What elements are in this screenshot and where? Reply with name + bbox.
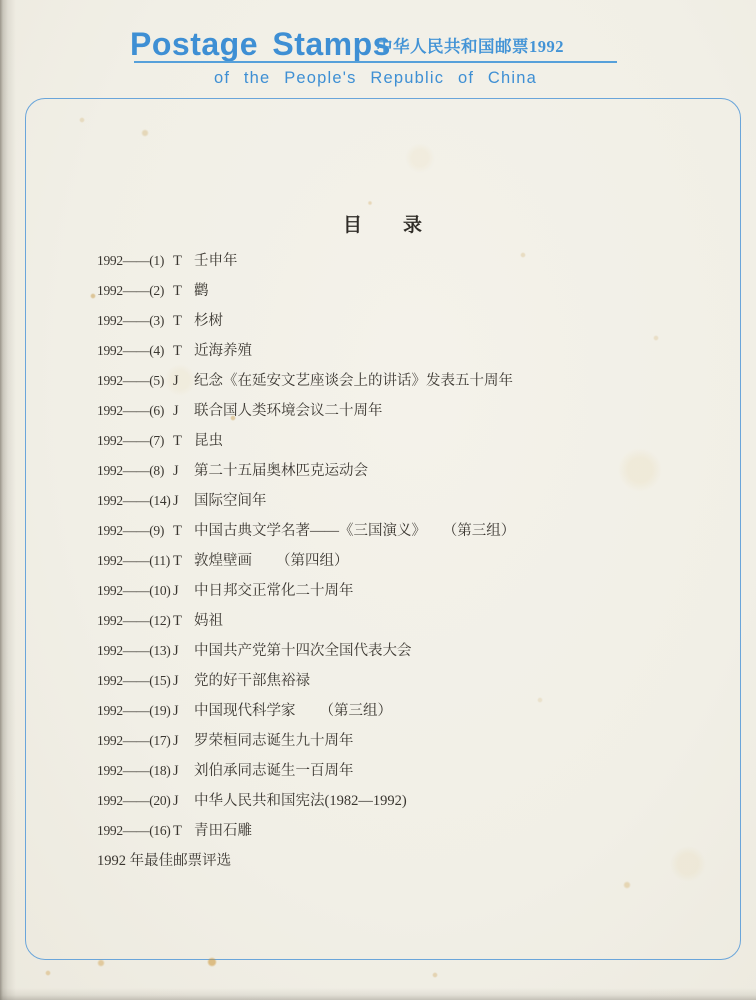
entry-code: 1992——(2) bbox=[97, 276, 173, 306]
entry-type-letter: T bbox=[173, 516, 194, 546]
entry-title-group: 联合国人类环境会议二十周年 bbox=[194, 396, 697, 426]
entry-title-group: 中国共产党第十四次全国代表大会 bbox=[194, 636, 697, 666]
entry-code: 1992——(6) bbox=[97, 396, 173, 426]
entry-title-group: 第二十五届奥林匹克运动会 bbox=[194, 456, 697, 486]
entry-title-group: 妈祖 bbox=[194, 606, 697, 636]
toc-entry-row: 1992——(12) T 妈祖 bbox=[97, 606, 697, 636]
toc-entry-row: 1992——(2) T 鹳 bbox=[97, 276, 697, 306]
toc-entry-row: 1992——(3) T 杉树 bbox=[97, 306, 697, 336]
toc-entry-row: 1992——(15) J 党的好干部焦裕禄 bbox=[97, 666, 697, 696]
entry-title: 妈祖 bbox=[194, 613, 223, 629]
entry-code: 1992——(10) bbox=[97, 576, 173, 606]
toc-entry-row: 1992——(6) J 联合国人类环境会议二十周年 bbox=[97, 396, 697, 426]
entry-title-group: 纪念《在延安文艺座谈会上的讲话》发表五十周年 bbox=[194, 366, 697, 396]
entry-type-letter: T bbox=[173, 306, 194, 336]
entry-code: 1992——(11) bbox=[97, 546, 173, 576]
entry-code: 1992——(16) bbox=[97, 816, 173, 846]
entry-title: 近海养殖 bbox=[194, 343, 252, 359]
toc-entry-row: 1992——(19) J 中国现代科学家（第三组） bbox=[97, 696, 697, 726]
toc-entry-row: 1992——(10) J 中日邦交正常化二十周年 bbox=[97, 576, 697, 606]
toc-entry-row: 1992——(9) T 中国古典文学名著——《三国演义》（第三组） bbox=[97, 516, 697, 546]
entry-type-letter: J bbox=[173, 576, 194, 606]
entry-title: 中华人民共和国宪法(1982—1992) bbox=[194, 793, 407, 809]
entry-code: 1992——(7) bbox=[97, 426, 173, 456]
toc-entry-row: 1992——(17) J 罗荣桓同志诞生九十周年 bbox=[97, 726, 697, 756]
scan-bottom-edge-shadow bbox=[0, 988, 756, 1000]
toc-entry-row: 1992——(11) T 敦煌壁画（第四组） bbox=[97, 546, 697, 576]
toc-entry-row: 1992——(5) J 纪念《在延安文艺座谈会上的讲话》发表五十周年 bbox=[97, 366, 697, 396]
entry-title: 杉树 bbox=[194, 313, 223, 329]
entry-code: 1992——(15) bbox=[97, 666, 173, 696]
entry-title-group: 罗荣桓同志诞生九十周年 bbox=[194, 726, 697, 756]
entry-group-note: （第三组） bbox=[450, 523, 515, 539]
entry-group-note: （第四组） bbox=[276, 553, 349, 569]
entry-type-letter: J bbox=[173, 396, 194, 426]
entry-type-letter: T bbox=[173, 546, 194, 576]
entry-type-letter: J bbox=[173, 366, 194, 396]
entry-group-note: （第三组） bbox=[320, 703, 393, 719]
entry-title-group: 青田石雕 bbox=[194, 816, 697, 846]
entry-code: 1992——(3) bbox=[97, 306, 173, 336]
entry-code: 1992——(5) bbox=[97, 366, 173, 396]
entry-title-group: 中日邦交正常化二十周年 bbox=[194, 576, 697, 606]
entry-title: 中国现代科学家 bbox=[194, 703, 296, 719]
entry-title-group: 中华人民共和国宪法(1982—1992) bbox=[194, 786, 697, 816]
entry-title-group: 近海养殖 bbox=[194, 336, 697, 366]
entry-code: 1992——(17) bbox=[97, 726, 173, 756]
toc-title: 目 录 bbox=[25, 210, 741, 237]
entry-code: 1992——(19) bbox=[97, 696, 173, 726]
entry-code: 1992——(1) bbox=[97, 246, 173, 276]
entry-code: 1992——(12) bbox=[97, 606, 173, 636]
entry-title: 联合国人类环境会议二十周年 bbox=[194, 403, 383, 419]
entry-type-letter: J bbox=[173, 696, 194, 726]
entry-title: 青田石雕 bbox=[194, 823, 252, 839]
entry-type-letter: J bbox=[173, 666, 194, 696]
entry-type-letter: T bbox=[173, 246, 194, 276]
entry-type-letter: T bbox=[173, 816, 194, 846]
toc-entry-row: 1992——(1) T 壬申年 bbox=[97, 246, 697, 276]
entry-title-group: 鹳 bbox=[194, 276, 697, 306]
entry-title: 罗荣桓同志诞生九十周年 bbox=[194, 733, 354, 749]
entry-title: 中国共产党第十四次全国代表大会 bbox=[194, 643, 412, 659]
toc-entry-row: 1992——(7) T 昆虫 bbox=[97, 426, 697, 456]
entry-title-group: 昆虫 bbox=[194, 426, 697, 456]
entry-type-letter: T bbox=[173, 276, 194, 306]
entry-type-letter: T bbox=[173, 336, 194, 366]
entry-code: 1992——(13) bbox=[97, 636, 173, 666]
entry-title: 壬申年 bbox=[194, 253, 238, 269]
entry-title: 第二十五届奥林匹克运动会 bbox=[194, 463, 368, 479]
entry-code: 1992——(8) bbox=[97, 456, 173, 486]
entry-code: 1992——(20) bbox=[97, 786, 173, 816]
entry-type-letter: J bbox=[173, 636, 194, 666]
toc-entry-row: 1992——(4) T 近海养殖 bbox=[97, 336, 697, 366]
entry-code: 1992——(4) bbox=[97, 336, 173, 366]
page-title-chinese: 中华人民共和国邮票1992 bbox=[376, 33, 564, 57]
entry-title: 刘伯承同志诞生一百周年 bbox=[194, 763, 354, 779]
entry-title-group: 党的好干部焦裕禄 bbox=[194, 666, 697, 696]
toc-entry-row: 1992——(18) J 刘伯承同志诞生一百周年 bbox=[97, 756, 697, 786]
page-title-english: Postage Stamps bbox=[130, 26, 391, 63]
entry-title: 纪念《在延安文艺座谈会上的讲话》发表五十周年 bbox=[194, 373, 513, 389]
entry-title: 党的好干部焦裕禄 bbox=[194, 673, 310, 689]
toc-entry-row: 1992——(13) J 中国共产党第十四次全国代表大会 bbox=[97, 636, 697, 666]
scanned-album-page: Postage Stamps 中华人民共和国邮票1992 of the Peop… bbox=[0, 0, 756, 1000]
entry-code: 1992——(18) bbox=[97, 756, 173, 786]
entry-type-letter: J bbox=[173, 486, 194, 516]
scan-left-edge-shadow bbox=[0, 0, 16, 1000]
toc-entry-row: 1992——(8) J 第二十五届奥林匹克运动会 bbox=[97, 456, 697, 486]
entry-title: 中国古典文学名著——《三国演义》 bbox=[194, 523, 426, 539]
entry-title: 国际空间年 bbox=[194, 493, 267, 509]
entry-type-letter: J bbox=[173, 756, 194, 786]
entry-code: 1992——(9) bbox=[97, 516, 173, 546]
toc-entry-row: 1992——(14) J 国际空间年 bbox=[97, 486, 697, 516]
entry-type-letter: T bbox=[173, 426, 194, 456]
toc-entry-row: 1992——(20) J 中华人民共和国宪法(1982—1992) bbox=[97, 786, 697, 816]
entry-type-letter: J bbox=[173, 786, 194, 816]
header-divider-line bbox=[134, 61, 617, 63]
entry-title-group: 壬申年 bbox=[194, 246, 697, 276]
entry-title-group: 中国古典文学名著——《三国演义》（第三组） bbox=[194, 516, 697, 546]
entry-type-letter: J bbox=[173, 726, 194, 756]
toc-entry-row: 1992——(16) T 青田石雕 bbox=[97, 816, 697, 846]
entry-title-group: 敦煌壁画（第四组） bbox=[194, 546, 697, 576]
entry-title: 中日邦交正常化二十周年 bbox=[194, 583, 354, 599]
entry-type-letter: T bbox=[173, 606, 194, 636]
entry-title-group: 杉树 bbox=[194, 306, 697, 336]
entry-title: 敦煌壁画 bbox=[194, 553, 252, 569]
entry-code: 1992——(14) bbox=[97, 486, 173, 516]
entry-title: 鹳 bbox=[194, 283, 209, 299]
toc-list: 1992——(1) T 壬申年 1992——(2) T 鹳 1992——(3) … bbox=[97, 246, 697, 846]
entry-title: 昆虫 bbox=[194, 433, 223, 449]
entry-type-letter: J bbox=[173, 456, 194, 486]
toc-footer-entry: 1992 年最佳邮票评选 bbox=[97, 846, 231, 876]
entry-title-group: 中国现代科学家（第三组） bbox=[194, 696, 697, 726]
entry-title-group: 国际空间年 bbox=[194, 486, 697, 516]
page-subtitle-english: of the People's Republic of China bbox=[134, 69, 617, 88]
entry-title-group: 刘伯承同志诞生一百周年 bbox=[194, 756, 697, 786]
